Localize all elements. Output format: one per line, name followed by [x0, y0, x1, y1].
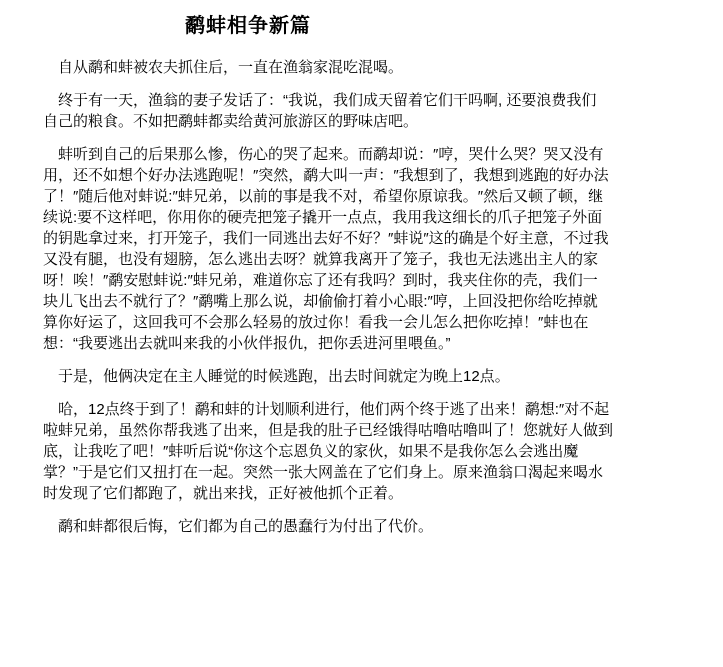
paragraph: 于是，他俩决定在主人睡觉的时候逃跑，出去时间就定为晚上12点。 [43, 366, 695, 387]
text-line: 算你好运了，这回我可不会那么轻易的放过你！看我一会儿怎么把你吃掉！″蚌也在 [43, 312, 695, 333]
text-line: 呀！唉！″鹬安慰蚌说:″蚌兄弟，难道你忘了还有我吗？到时，我夹住你的壳，我们一 [43, 270, 695, 291]
document-body: 自从鹬和蚌被农夫抓住后，一直在渔翁家混吃混喝。终于有一天，渔翁的妻子发话了：“我… [43, 57, 695, 537]
text-line: 啦蚌兄弟，虽然你帮我逃了出来，但是我的肚子已经饿得咕噜咕噜叫了！您就好人做到 [43, 420, 695, 441]
text-line: 想：“我要逃出去就叫来我的小伙伴报仇，把你丢进河里喂鱼。” [43, 333, 695, 354]
text-line: 鹬和蚌都很后悔，它们都为自己的愚蠢行为付出了代价。 [43, 516, 695, 537]
text-line: 自己的粮食。不如把鹬蚌都卖给黄河旅游区的野味店吧。 [43, 111, 695, 132]
document-title: 鹬蚌相争新篇 [185, 14, 695, 38]
text-line: 时发现了它们都跑了，就出来找，正好被他抓个正着。 [43, 483, 695, 504]
text-line: 块儿飞出去不就行了？″鹬嘴上那么说，却偷偷打着小心眼:″哼，上回没把你给吃掉就 [43, 291, 695, 312]
text-line: 又没有腿，也没有翅膀，怎么逃出去呀？就算我离开了笼子，我也无法逃出主人的家 [43, 249, 695, 270]
text-line: 的钥匙拿过来，打开笼子，我们一同逃出去好不好？″蚌说″这的确是个好主意，不过我 [43, 228, 695, 249]
text-line: 蚌听到自己的后果那么惨，伤心的哭了起来。而鹬却说：″哼，哭什么哭？哭又没有 [43, 144, 695, 165]
text-line: 续说:要不这样吧，你用你的硬壳把笼子撬开一点点，我用我这细长的爪子把笼子外面 [43, 207, 695, 228]
text-line: 哈，12点终于到了！鹬和蚌的计划顺利进行，他们两个终于逃了出来！鹬想:″对不起 [43, 399, 695, 420]
paragraph: 鹬和蚌都很后悔，它们都为自己的愚蠢行为付出了代价。 [43, 516, 695, 537]
paragraph: 蚌听到自己的后果那么惨，伤心的哭了起来。而鹬却说：″哼，哭什么哭？哭又没有用，还… [43, 144, 695, 354]
text-line: 了！″随后他对蚌说:″蚌兄弟，以前的事是我不对，希望你原谅我。″然后又顿了顿，继 [43, 186, 695, 207]
text-line: 底，让我吃了吧！″蚌听后说“你这个忘恩负义的家伙，如果不是我你怎么会逃出魔 [43, 441, 695, 462]
text-line: 自从鹬和蚌被农夫抓住后，一直在渔翁家混吃混喝。 [43, 57, 695, 78]
text-line: 终于有一天，渔翁的妻子发话了：“我说，我们成天留着它们干吗啊, 还要浪费我们 [43, 90, 695, 111]
text-line: 用，还不如想个好办法逃跑呢！″突然，鹬大叫一声：″我想到了，我想到逃跑的好办法 [43, 165, 695, 186]
document-page: 鹬蚌相争新篇 自从鹬和蚌被农夫抓住后，一直在渔翁家混吃混喝。终于有一天，渔翁的妻… [0, 0, 723, 667]
paragraph: 终于有一天，渔翁的妻子发话了：“我说，我们成天留着它们干吗啊, 还要浪费我们自己… [43, 90, 695, 132]
text-line: 掌？”于是它们又扭打在一起。突然一张大网盖在了它们身上。原来渔翁口渴起来喝水 [43, 462, 695, 483]
document-content: 鹬蚌相争新篇 自从鹬和蚌被农夫抓住后，一直在渔翁家混吃混喝。终于有一天，渔翁的妻… [0, 0, 723, 537]
paragraph: 自从鹬和蚌被农夫抓住后，一直在渔翁家混吃混喝。 [43, 57, 695, 78]
paragraph: 哈，12点终于到了！鹬和蚌的计划顺利进行，他们两个终于逃了出来！鹬想:″对不起啦… [43, 399, 695, 504]
text-line: 于是，他俩决定在主人睡觉的时候逃跑，出去时间就定为晚上12点。 [43, 366, 695, 387]
